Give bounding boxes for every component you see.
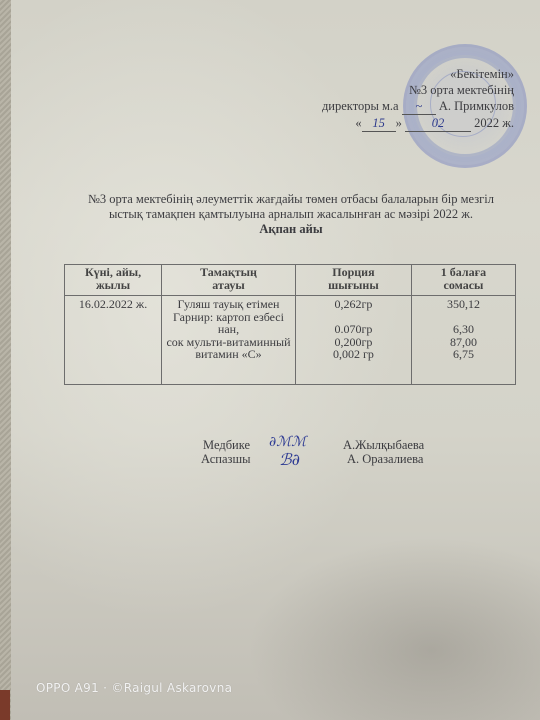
menu-table: Күні, айы,жылы Тамақтыңатауы Порцияшығын… [64,264,516,385]
cell-portions: 0,262гр 0.070гр 0,200гр 0,002 гр [295,296,411,385]
camera-watermark: OPPO A91 · ©Raigul Askarovna [36,681,232,695]
signer-cook: Аспазшы А. Оразалиева [203,452,463,466]
date-day: 15 [362,115,396,132]
approval-date: «15» 02 2022 ж. [322,115,514,132]
director-name: А. Примкулов [439,99,514,113]
table-row: 16.02.2022 ж. Гуляш тауық етімен Гарнир:… [65,296,516,385]
director-prefix: директоры м.а [322,99,399,113]
date-month: 02 [405,115,471,132]
table-header-row: Күні, айы,жылы Тамақтыңатауы Порцияшығын… [65,265,516,296]
date-year: 2022 ж. [474,116,514,130]
signer-role: Аспазшы [201,452,250,466]
header-portion: Порцияшығыны [295,265,411,296]
title-month: Ақпан айы [61,222,521,237]
cook-signature: ℬ∂ [279,450,300,469]
cell-dishes: Гуляш тауық етімен Гарнир: картоп езбесі… [162,296,296,385]
document-title: №3 орта мектебінің әлеуметтік жағдайы тө… [61,192,521,237]
cell-date: 16.02.2022 ж. [65,296,162,385]
director-signature: ~ [402,98,436,115]
signer-name: А.Жылқыбаева [343,438,424,452]
signer-role: Медбике [203,438,250,452]
header-cost: 1 балағасомасы [411,265,515,296]
signatures-block: Медбике А.Жылқыбаева Аспазшы А. Оразалие… [203,438,463,466]
title-line-2: ыстық тамақпен қамтылуына арналып жасалы… [61,207,521,222]
approval-heading: «Бекітемін» [322,66,514,82]
approval-org: №3 орта мектебінің [322,82,514,98]
title-line-1: №3 орта мектебінің әлеуметтік жағдайы тө… [61,192,521,207]
background-edge [0,690,10,720]
approval-block: «Бекітемін» №3 орта мектебінің директоры… [322,66,514,132]
signature-mark: ~ [415,99,422,113]
document-page: «Бекітемін» №3 орта мектебінің директоры… [11,0,540,720]
cell-costs: 350,12 6,30 87,00 6,75 [411,296,515,385]
header-date: Күні, айы,жылы [65,265,162,296]
nurse-signature: ∂ℳℳ [269,434,306,450]
signer-name: А. Оразалиева [347,452,423,466]
signer-nurse: Медбике А.Жылқыбаева [203,438,463,452]
header-dish: Тамақтыңатауы [162,265,296,296]
date-quote-close: » [396,116,402,130]
approval-director: директоры м.а ~ А. Примкулов [322,98,514,115]
